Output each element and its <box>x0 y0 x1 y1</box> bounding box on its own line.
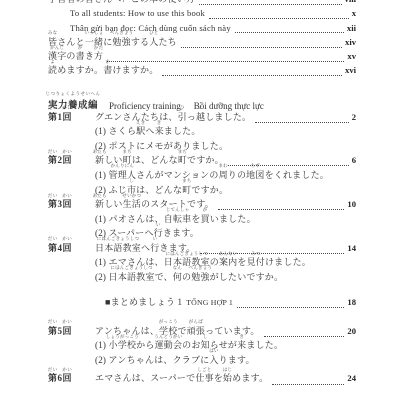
furigana-base: 見付みつ <box>247 256 265 268</box>
units-list-part2: 第だい5回かいアンちゃんは、学校がっこうで頑張がんばっています。20(1) 小学… <box>48 325 356 387</box>
furigana-base: 小学校しょうがっこう <box>109 339 137 351</box>
furigana-base: 仕事しごと <box>195 372 213 384</box>
page-number: 14 <box>347 242 356 254</box>
furigana-reading: かい <box>62 368 72 373</box>
furigana-reading: まち <box>182 179 191 184</box>
page-number: viii <box>345 0 356 5</box>
furigana-base: 方かた <box>186 0 195 5</box>
dotted-leader <box>264 336 345 337</box>
dotted-leader <box>107 61 344 62</box>
subentry-text: (1) パオさんは、自転車じてんしゃを買かいました。 <box>95 213 256 225</box>
furigana-reading: かい <box>62 237 72 242</box>
furigana-reading: まち <box>178 150 187 155</box>
furigana-base: 来き <box>237 339 246 351</box>
unit-number-label: 第だい1回かい <box>48 111 95 123</box>
furigana-reading: い <box>152 237 157 242</box>
unit-block: 第だい6回かいエマさんは、スーパーで仕事しごとを始はじめます。24 <box>48 372 356 387</box>
furigana-reading: だい <box>48 106 58 111</box>
furigana-base: 新あたら <box>95 154 104 166</box>
units-list-part1: 第だい1回かいグエンさんたちは、引ひっ越こしました。2(1) さくら駅えきへ来き… <box>48 111 356 286</box>
furigana-base: 町まち <box>178 154 187 166</box>
furigana-reading: べんきょう <box>110 31 134 36</box>
dotted-leader <box>228 165 349 166</box>
furigana-base: 勉強べんきょう <box>191 271 209 283</box>
page-number: 20 <box>347 325 356 337</box>
furigana-base: 回かい <box>63 111 73 123</box>
furigana-reading: いっしょ <box>85 31 104 36</box>
furigana-base: 新あたら <box>95 198 104 210</box>
furigana-reading: こ <box>198 106 203 111</box>
furigana-base: 学習者がくしゅうしゃ <box>48 0 76 5</box>
page-number: 10 <box>347 198 356 210</box>
dotted-leader <box>209 18 349 19</box>
entry-title: 読よめますか。書かけますか。 <box>48 64 158 76</box>
furigana-reading: だい <box>48 150 58 155</box>
furigana-reading: はじ <box>223 368 232 373</box>
furigana-base: 書か <box>76 50 85 62</box>
front-matter-list: 学習者がくしゅうしゃの皆みなさんへ：この本ほんの使つかい方かたviiiTo al… <box>48 0 356 79</box>
furigana-reading: なん <box>173 266 182 271</box>
unit-number-label: 第だい4回かい <box>48 242 95 254</box>
unit-block: 第だい4回かい日本語教室にほんごきょうしつへ行いきます。14(1) エマさんは、… <box>48 242 356 286</box>
furigana-base: 自転車じてんしゃ <box>164 213 192 225</box>
furigana-reading: だい <box>48 237 58 242</box>
furigana-reading: だい <box>48 320 58 325</box>
furigana-base: 回かい <box>63 325 73 337</box>
dotted-leader <box>235 32 344 33</box>
furigana-base: 越こ <box>196 111 205 123</box>
section-title-en: Proficiency training <box>109 101 181 111</box>
dotted-leader <box>199 4 341 5</box>
toc-entry: 学習者がくしゅうしゃの皆みなさんへ：この本ほんの使つかい方かたviii <box>48 0 356 7</box>
summary-title-jp: ■まとめましょう 1 <box>105 296 182 308</box>
furigana-base: 人ひと <box>149 36 158 48</box>
furigana-base: 入はい <box>209 354 218 366</box>
furigana-base: 書か <box>103 64 112 76</box>
furigana-base: 勉強べんきょう <box>112 36 130 48</box>
furigana-reading: にほんごきょうしつ <box>110 266 152 271</box>
furigana-reading: き <box>157 121 162 126</box>
section-title-vi: Bồi dưỡng thực lực <box>194 101 264 111</box>
furigana-reading: えき <box>136 121 145 126</box>
furigana-base: 始はじ <box>223 372 232 384</box>
furigana-reading: あんない <box>219 252 238 257</box>
page-number: 2 <box>352 111 356 123</box>
page-number: xii <box>347 22 356 34</box>
furigana-base: 第だい <box>48 111 58 123</box>
furigana-reading: ひと <box>149 31 158 36</box>
dotted-leader <box>162 75 342 76</box>
furigana-reading: じてんしゃ <box>166 208 190 213</box>
dotted-leader <box>255 122 348 123</box>
furigana-base: 読よ <box>48 64 57 76</box>
page-number: xv <box>347 50 356 62</box>
furigana-reading: か <box>203 208 208 213</box>
toc-page: 学習者がくしゅうしゃの皆みなさんへ：この本ほんの使つかい方かたviiiTo al… <box>0 0 400 400</box>
unit-block: 第だい3回かい新あたらしい生活せいかつのスタートです。10(1) パオさんは、自… <box>48 198 356 242</box>
unit-number-label: 第だい5回かい <box>48 325 95 337</box>
unit-title-row: 第だい1回かいグエンさんたちは、引ひっ越こしました。2 <box>48 111 356 126</box>
unit-subentry: (1) 小学校しょうがっこうから運動会うんどうかいのお知しらせが来きました。 <box>48 339 356 354</box>
furigana-reading: あたら <box>93 194 107 199</box>
furigana-reading: がっこう <box>159 320 178 325</box>
subentry-text: (2) アンちゃんは、クラブに入はいります。 <box>95 354 255 366</box>
furigana-reading: し <box>203 335 208 340</box>
furigana-reading: き <box>239 335 244 340</box>
entry-title: 学習者がくしゅうしゃの皆みなさんへ：この本ほんの使つかい方かた <box>48 0 195 5</box>
furigana-base: 来き <box>155 125 164 137</box>
furigana-reading: せいかつ <box>122 194 141 199</box>
furigana-base: 案内あんない <box>219 256 237 268</box>
furigana-reading: はい <box>209 349 218 354</box>
unit-subentry: (1) さくら駅えきへ来きました。 <box>48 125 356 140</box>
dotted-leader <box>218 209 345 210</box>
furigana-base: 何なん <box>173 271 182 283</box>
furigana-reading: うんどうかい <box>154 335 182 340</box>
dotted-leader <box>237 307 344 308</box>
toc-entry: To all students: How to use this bookx <box>48 7 356 21</box>
furigana-reading: だい <box>48 368 58 373</box>
unit-block: 第だい1回かいグエンさんたちは、引ひっ越こしました。2(1) さくら駅えきへ来き… <box>48 111 356 155</box>
furigana-base: 生活せいかつ <box>123 198 141 210</box>
furigana-base: 第だい <box>48 198 58 210</box>
furigana-reading: かんりにん <box>111 164 135 169</box>
unit-subentry: (1) 管理人かんりにんさんがマンションの周まわりの地図ちずをくれました。 <box>48 169 356 184</box>
unit-title: グエンさんたちは、引ひっ越こしました。 <box>95 111 251 123</box>
furigana-reading: か <box>78 46 83 51</box>
summary-row: ■まとめましょう 1 TỔNG HỢP 1 18 <box>48 296 356 311</box>
furigana-reading: まち <box>123 150 132 155</box>
furigana-reading: しょうがっこう <box>106 335 139 340</box>
unit-title: エマさんは、スーパーで仕事しごとを始はじめます。 <box>95 372 268 384</box>
summary-title-vi: TỔNG HỢP 1 <box>186 297 233 309</box>
furigana-reading: かい <box>62 150 72 155</box>
furigana-base: 駅えき <box>136 125 145 137</box>
furigana-reading: にほんごきょうしつ <box>97 237 139 242</box>
furigana-reading: みつ <box>251 252 260 257</box>
furigana-base: 回かい <box>63 198 73 210</box>
unit-title-row: 第だい2回かい新あたらしい町まちは、どんな町まちですか。6 <box>48 154 356 169</box>
furigana-reading: にほんごきょうしつ <box>166 252 208 257</box>
furigana-base: 回かい <box>63 154 73 166</box>
furigana-reading: い <box>156 223 161 228</box>
furigana-base: 町まち <box>182 184 191 196</box>
page-number: 6 <box>352 154 356 166</box>
furigana-base: 日本語教室にほんごきょうしつ <box>95 242 141 254</box>
furigana-base: 買か <box>201 213 210 225</box>
furigana-reading: かい <box>62 106 72 111</box>
toc-entry: 漢字かんじの書かき方かたxv <box>48 50 356 64</box>
toc-entry: 読よめますか。書かけますか。xvi <box>48 64 356 78</box>
furigana-base: 行い <box>150 242 159 254</box>
entry-title: To all students: How to use this book <box>70 7 205 19</box>
furigana-base: 皆みな <box>85 0 94 5</box>
page-number: x <box>352 7 356 19</box>
furigana-reading: じつりょくようせいへん <box>46 92 101 97</box>
dotted-leader <box>272 384 344 385</box>
furigana-reading: ひ <box>180 106 185 111</box>
subentry-text: (2) ポストにメモがありました。 <box>95 140 228 152</box>
page-number: xvi <box>345 64 356 76</box>
furigana-base: 日本語教室にほんごきょうしつ <box>109 271 155 283</box>
furigana-base: 地図ちず <box>246 169 264 181</box>
unit-subentry: (2) スーパーへ行いきます。 <box>48 227 356 242</box>
subentry-text: (2) 日本語教室にほんごきょうしつで、何なんの勉強べんきょうがしたいですか。 <box>95 271 283 283</box>
furigana-reading: か <box>105 60 110 65</box>
furigana-reading: よ <box>50 60 55 65</box>
furigana-base: 運動会うんどうかい <box>155 339 183 351</box>
unit-block: 第だい2回かい新あたらしい町まちは、どんな町まちですか。6(1) 管理人かんりに… <box>48 154 356 198</box>
furigana-base: 本ほん <box>149 0 158 5</box>
subentry-text: (2) ふじ市しは、どんな町まちですか。 <box>95 184 228 196</box>
unit-title-row: 第だい6回かいエマさんは、スーパーで仕事しごとを始はじめます。24 <box>48 372 356 387</box>
furigana-reading: あたら <box>93 150 107 155</box>
page-number: xiv <box>345 36 356 48</box>
furigana-reading: かい <box>62 320 72 325</box>
unit-subentry: (1) パオさんは、自転車じてんしゃを買かいました。 <box>48 213 356 228</box>
page-number: 18 <box>347 296 356 308</box>
subentry-text: (1) 小学校しょうがっこうから運動会うんどうかいのお知しらせが来きました。 <box>95 339 283 351</box>
entry-title: 漢字かんじの書かき方かた <box>48 50 103 62</box>
furigana-reading: しごと <box>197 368 211 373</box>
furigana-base: 回かい <box>63 372 73 384</box>
furigana-reading: かた <box>94 46 103 51</box>
furigana-reading: し <box>129 179 134 184</box>
unit-block: 第だい5回かいアンちゃんは、学校がっこうで頑張がんばっています。20(1) 小学… <box>48 325 356 369</box>
furigana-base: 第だい <box>48 154 58 166</box>
unit-number-label: 第だい6回かい <box>48 372 95 384</box>
furigana-base: 第だい <box>48 325 58 337</box>
furigana-reading: かい <box>62 194 72 199</box>
furigana-base: 方かた <box>94 50 103 62</box>
furigana-base: 第だい <box>48 242 58 254</box>
unit-title: 新あたらしい生活せいかつのスタートです。 <box>95 198 214 210</box>
furigana-reading: かんじ <box>50 46 64 51</box>
furigana-base: 第だい <box>48 372 58 384</box>
unit-number-label: 第だい2回かい <box>48 154 95 166</box>
furigana-reading: だい <box>48 194 58 199</box>
dotted-leader <box>181 47 342 48</box>
furigana-reading: べんきょう <box>189 266 213 271</box>
unit-subentry: (2) 日本語教室にほんごきょうしつで、何なんの勉強べんきょうがしたいですか。 <box>48 271 356 286</box>
furigana-reading: ちず <box>251 164 260 169</box>
furigana-base: 使つか <box>167 0 176 5</box>
furigana-reading: みな <box>48 31 57 36</box>
furigana-base: 周まわ <box>219 169 228 181</box>
page-number: 24 <box>347 372 356 384</box>
furigana-base: 回かい <box>63 242 73 254</box>
subentry-text: (1) さくら駅えきへ来きました。 <box>95 125 201 137</box>
unit-number-label: 第だい3回かい <box>48 198 95 210</box>
entry-title: 皆みなさんと一緒いっしょに勉強べんきょうする人ひとたち <box>48 36 177 48</box>
furigana-base: 引ひ <box>178 111 187 123</box>
furigana-reading: まわ <box>218 164 227 169</box>
furigana-reading: がんば <box>189 320 203 325</box>
